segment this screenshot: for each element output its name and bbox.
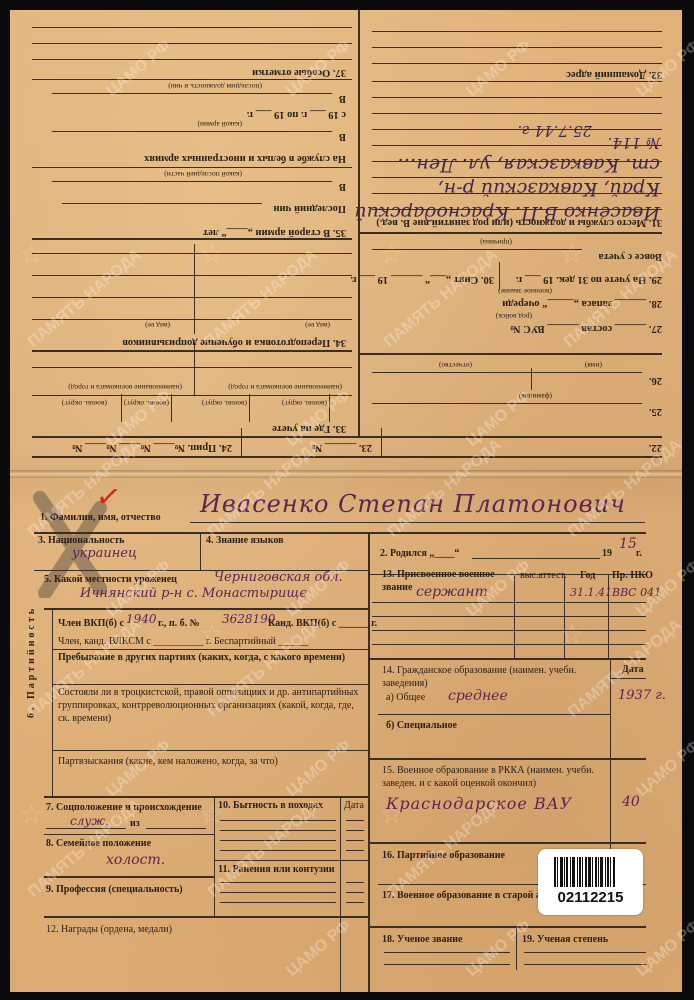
field-1-value: Ивасенко Степан Платонович	[200, 490, 626, 518]
field-15-date: 40	[622, 794, 640, 810]
field-1-label: 1. Фамилия, имя, отчество	[40, 512, 161, 523]
komsomol-label: Член, канд. ВЛКСМ с __________ г. Беспар…	[58, 636, 308, 647]
field-29: 29. На учете по 31 дек. 19 ___ г.	[516, 274, 662, 285]
field-14a-value: среднее	[448, 688, 508, 704]
field-18-label: 18. Ученое звание	[382, 934, 463, 945]
field-7-label: 7. Соцположение и происхождение	[46, 802, 202, 813]
field-11-label: 11. Ранения или контузии	[218, 864, 335, 875]
paper-fold	[10, 470, 682, 478]
field-2-label: 2. Родился „____“	[380, 548, 459, 559]
upper-section-inverted: 22. 23. ______ № 24. Прип. №____ №____ №…	[10, 10, 682, 472]
field-14b-label: б) Специальное	[386, 720, 457, 731]
field-31-value-line1: Ивасенко В.П. Краснодарский	[354, 202, 660, 224]
field-32: 32. Домашний адрес	[566, 69, 662, 80]
field-19-label: 19. Ученая степень	[522, 934, 608, 945]
field-6-party-label: 6. Партийность	[26, 568, 37, 718]
field-13-year-value: 31.1.41	[570, 586, 612, 599]
archive-barcode-sticker: 02112215	[538, 849, 643, 915]
field-7-value: служ.	[70, 814, 109, 828]
field-31-value-line2: Край, Кавказский р-н,	[438, 178, 660, 200]
party-member-year: 1940	[126, 612, 157, 626]
field-14a-date: 1937 г.	[618, 688, 666, 703]
red-check-mark-icon: ✓	[94, 478, 124, 516]
field-37: 37. Особые отметки	[252, 67, 346, 78]
field-10-date-col: Дата	[344, 800, 364, 811]
field-23: 23. ______ №	[312, 442, 372, 453]
field-14a-label: а) Общее	[386, 692, 425, 703]
field-10-label: 10. Бытность в походах	[218, 800, 323, 811]
field-24: 24. Прип. №____ №____ №____ №	[72, 442, 232, 453]
field-26: 26.	[649, 375, 662, 386]
field-13-col-order: Пр. НКО	[612, 570, 653, 581]
field-4-label: 4. Знание языков	[206, 535, 284, 546]
field-13-col-issued: выс.аттест.	[520, 570, 567, 581]
other-parties-label: Пребывание в других партиях (каких, когд…	[58, 652, 345, 663]
field-13-order-value: ВВС 041	[612, 586, 661, 599]
field-9-label: 9. Профессия (специальность)	[46, 884, 183, 895]
field-2-year-value: 15	[619, 536, 637, 552]
field-5-value-line2: Ичнянский р-н с. Монастырище	[80, 586, 307, 601]
field-25: 25.	[649, 406, 662, 417]
field-13-col-year: Год	[580, 570, 595, 581]
field-5-value-line1: Черниговская обл.	[214, 570, 343, 585]
field-27: 27. ______ состав ______ ВУС №	[510, 323, 662, 334]
field-5-label: 5. Какой местности уроженец	[44, 574, 177, 585]
field-31-value-line3: ст. Кавказская, ул. Лен…	[397, 154, 660, 176]
personnel-card-form: ✓ 1. Фамилия, имя, отчество Ивасенко Сте…	[10, 478, 682, 992]
barcode-number: 02112215	[538, 889, 643, 906]
field-8-value: холост.	[106, 852, 165, 868]
field-34: 34. Переподготовка и обучение допризывни…	[122, 337, 346, 348]
field-14-date-col: Дата	[622, 664, 644, 675]
field-31-value-line5: 25.7.44 г.	[518, 122, 592, 140]
field-last-rank: Последний чин	[273, 203, 346, 214]
field-14-label: 14. Гражданское образование (наимен. уче…	[382, 664, 612, 690]
penalties-label: Партвзыскания (какие, кем наложено, когд…	[58, 756, 278, 767]
field-16-label: 16. Партийное образование	[382, 850, 505, 861]
field-white-armies: На службе в белых и иностранных армиях	[144, 153, 346, 164]
field-15-label: 15. Военное образование в РККА (наимен. …	[382, 764, 608, 790]
field-28: 28. ______ запаса „_____“ очереди	[502, 298, 662, 309]
field-12-label: 12. Награды (ордена, медали)	[46, 924, 172, 935]
barcode-icon	[554, 857, 626, 887]
field-13-rank-value: сержант	[416, 584, 488, 600]
field-3-label: 3. Национальность	[38, 535, 124, 546]
field-30: 30. Снят „___“ ______ 19 ___ г.	[350, 274, 494, 285]
party-member-label: Член ВКП(б) с	[58, 618, 124, 629]
field-35: 35. В старой армии „____“ лет	[203, 227, 346, 238]
field-15-value: Краснодарское ВАУ	[386, 794, 572, 813]
field-dates: с 19 ___ г. по 19 ___ г.	[247, 109, 346, 120]
field-33: 33. Где на учете	[272, 423, 346, 434]
field-22: 22.	[649, 442, 662, 453]
field-3-value: украинец	[72, 546, 137, 561]
field-31-value-line4: № 114.	[608, 134, 660, 152]
opposition-label: Состояли ли в троцкистской, правой оппоз…	[58, 686, 364, 725]
field-removed: Вовсе с учета	[598, 251, 662, 262]
field-8-label: 8. Семейное положение	[46, 838, 151, 849]
